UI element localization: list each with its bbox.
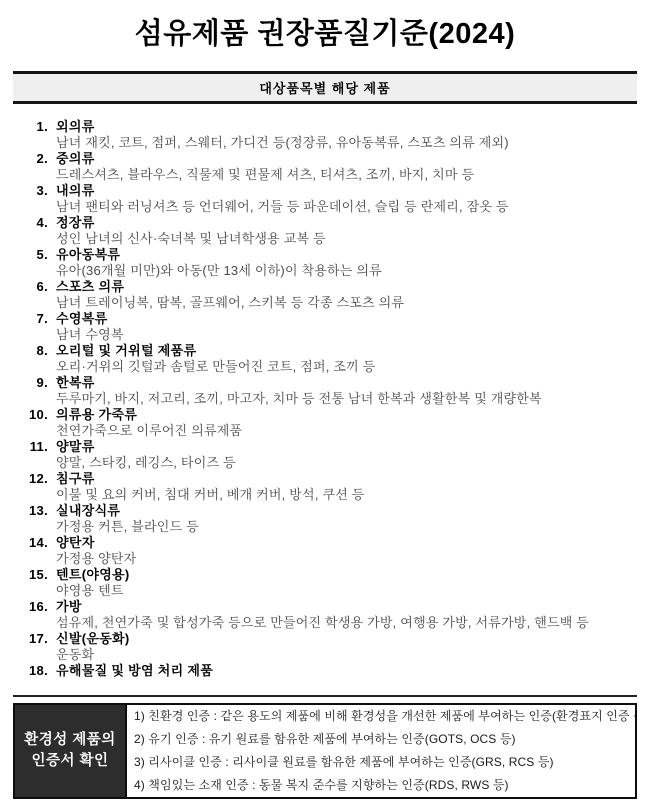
section-header-band: 대상품목별 해당 제품: [13, 71, 637, 104]
item-number: 12.: [13, 471, 48, 487]
list-item: 9. 한복류 두루마기, 바지, 저고리, 조끼, 마고자, 치마 등 전통 남…: [13, 375, 640, 407]
list-item: 13. 실내장식류 가정용 커튼, 블라인드 등: [13, 503, 640, 535]
item-number: 15.: [13, 567, 48, 583]
item-title: 의류용 가죽류: [56, 407, 137, 423]
item-head: 9. 한복류: [13, 375, 640, 391]
item-description: 섬유제, 천연가죽 및 합성가죽 등으로 만들어진 학생용 가방, 여행용 가방…: [56, 615, 640, 631]
item-number: 9.: [13, 375, 48, 391]
item-number: 7.: [13, 311, 48, 327]
item-number: 2.: [13, 151, 48, 167]
certification-box: 환경성 제품의 인증서 확인 1) 친환경 인증 : 같은 용도의 제품에 비해…: [13, 703, 637, 799]
item-description: 양말, 스타킹, 레깅스, 타이즈 등: [56, 455, 640, 471]
item-title: 오리털 및 거위털 제품류: [56, 343, 196, 359]
item-head: 2. 중의류: [13, 151, 640, 167]
item-title: 한복류: [56, 375, 95, 391]
item-title: 양탄자: [56, 535, 95, 551]
page-title: 섬유제품 권장품질기준(2024): [0, 17, 650, 51]
list-item: 8. 오리털 및 거위털 제품류 오리·거위의 깃털과 솜털로 만들어진 코트,…: [13, 343, 640, 375]
item-head: 14. 양탄자: [13, 535, 640, 551]
item-title: 중의류: [56, 151, 95, 167]
item-description: 남녀 트레이닝복, 땀복, 골프웨어, 스키복 등 각종 스포츠 의류: [56, 295, 640, 311]
item-number: 17.: [13, 631, 48, 647]
item-number: 14.: [13, 535, 48, 551]
item-description: 두루마기, 바지, 저고리, 조끼, 마고자, 치마 등 전통 남녀 한복과 생…: [56, 391, 640, 407]
list-item: 11. 양말류 양말, 스타킹, 레깅스, 타이즈 등: [13, 439, 640, 471]
item-head: 8. 오리털 및 거위털 제품류: [13, 343, 640, 359]
item-head: 6. 스포츠 의류: [13, 279, 640, 295]
item-title: 정장류: [56, 215, 95, 231]
certification-label-line1: 환경성 제품의: [24, 730, 116, 751]
item-title: 신발(운동화): [56, 631, 130, 647]
item-head: 18. 유해물질 및 방염 처리 제품: [13, 663, 640, 679]
list-item: 5. 유아동복류 유아(36개월 미만)와 아동(만 13세 이하)이 착용하는…: [13, 247, 640, 279]
item-title: 유아동복류: [56, 247, 120, 263]
certification-label-line2: 인증서 확인: [31, 751, 108, 772]
item-description: 이불 및 요의 커버, 침대 커버, 베개 커버, 방석, 쿠션 등: [56, 487, 640, 503]
item-description: 야영용 텐트: [56, 583, 640, 599]
item-title: 유해물질 및 방염 처리 제품: [56, 663, 213, 679]
certification-line: 4) 책임있는 소재 인증 : 동물 복지 준수를 지향하는 인증(RDS, R…: [134, 774, 635, 797]
item-title: 내의류: [56, 183, 95, 199]
certification-line: 1) 친환경 인증 : 같은 용도의 제품에 비해 환경성을 개선한 제품에 부…: [134, 705, 635, 728]
item-number: 13.: [13, 503, 48, 519]
item-title: 수영복류: [56, 311, 107, 327]
item-title: 실내장식류: [56, 503, 120, 519]
item-number: 11.: [13, 439, 48, 455]
list-item: 2. 중의류 드레스셔츠, 블라우스, 직물제 및 편물제 셔츠, 티셔츠, 조…: [13, 151, 640, 183]
list-item: 1. 외의류 남녀 재킷, 코트, 점퍼, 스웨터, 가디건 등(정장류, 유아…: [13, 119, 640, 151]
item-number: 8.: [13, 343, 48, 359]
certification-label: 환경성 제품의 인증서 확인: [15, 705, 127, 797]
list-item: 10. 의류용 가죽류 천연가죽으로 이루어진 의류제품: [13, 407, 640, 439]
item-number: 18.: [13, 663, 48, 679]
item-description: 운동화: [56, 647, 640, 663]
item-number: 6.: [13, 279, 48, 295]
item-head: 4. 정장류: [13, 215, 640, 231]
item-head: 16. 가방: [13, 599, 640, 615]
item-title: 가방: [56, 599, 82, 615]
certification-line: 2) 유기 인증 : 유기 원료를 함유한 제품에 부여하는 인증(GOTS, …: [134, 728, 635, 751]
item-title: 침구류: [56, 471, 95, 487]
item-number: 10.: [13, 407, 48, 423]
item-description: 오리·거위의 깃털과 솜털로 만들어진 코트, 점퍼, 조끼 등: [56, 359, 640, 375]
item-number: 3.: [13, 183, 48, 199]
product-list: 1. 외의류 남녀 재킷, 코트, 점퍼, 스웨터, 가디건 등(정장류, 유아…: [13, 119, 640, 679]
item-head: 15. 텐트(야영용): [13, 567, 640, 583]
list-item: 17. 신발(운동화) 운동화: [13, 631, 640, 663]
item-description: 유아(36개월 미만)와 아동(만 13세 이하)이 착용하는 의류: [56, 263, 640, 279]
item-number: 1.: [13, 119, 48, 135]
item-title: 스포츠 의류: [56, 279, 124, 295]
list-item: 4. 정장류 성인 남녀의 신사·숙녀복 및 남녀학생용 교복 등: [13, 215, 640, 247]
item-number: 16.: [13, 599, 48, 615]
item-description: 남녀 팬티와 러닝셔츠 등 언더웨어, 거들 등 파운데이션, 슬립 등 란제리…: [56, 199, 640, 215]
item-title: 외의류: [56, 119, 95, 135]
item-head: 1. 외의류: [13, 119, 640, 135]
item-head: 10. 의류용 가죽류: [13, 407, 640, 423]
list-item: 18. 유해물질 및 방염 처리 제품: [13, 663, 640, 679]
certification-line: 3) 리사이클 인증 : 리사이클 원료를 함유한 제품에 부여하는 인증(GR…: [134, 751, 635, 774]
item-description: 천연가죽으로 이루어진 의류제품: [56, 423, 640, 439]
list-item: 12. 침구류 이불 및 요의 커버, 침대 커버, 베개 커버, 방석, 쿠션…: [13, 471, 640, 503]
item-number: 4.: [13, 215, 48, 231]
item-description: 성인 남녀의 신사·숙녀복 및 남녀학생용 교복 등: [56, 231, 640, 247]
list-item: 7. 수영복류 남녀 수영복: [13, 311, 640, 343]
certification-lines: 1) 친환경 인증 : 같은 용도의 제품에 비해 환경성을 개선한 제품에 부…: [127, 705, 635, 797]
item-description: 남녀 수영복: [56, 327, 640, 343]
item-head: 17. 신발(운동화): [13, 631, 640, 647]
item-description: 드레스셔츠, 블라우스, 직물제 및 편물제 셔츠, 티셔츠, 조끼, 바지, …: [56, 167, 640, 183]
item-number: 5.: [13, 247, 48, 263]
item-head: 3. 내의류: [13, 183, 640, 199]
item-title: 양말류: [56, 439, 95, 455]
list-item: 14. 양탄자 가정용 양탄자: [13, 535, 640, 567]
item-head: 13. 실내장식류: [13, 503, 640, 519]
item-head: 11. 양말류: [13, 439, 640, 455]
item-description: 가정용 커튼, 블라인드 등: [56, 519, 640, 535]
list-item: 16. 가방 섬유제, 천연가죽 및 합성가죽 등으로 만들어진 학생용 가방,…: [13, 599, 640, 631]
list-item: 6. 스포츠 의류 남녀 트레이닝복, 땀복, 골프웨어, 스키복 등 각종 스…: [13, 279, 640, 311]
item-title: 텐트(야영용): [56, 567, 130, 583]
item-head: 5. 유아동복류: [13, 247, 640, 263]
list-item: 3. 내의류 남녀 팬티와 러닝셔츠 등 언더웨어, 거들 등 파운데이션, 슬…: [13, 183, 640, 215]
list-item: 15. 텐트(야영용) 야영용 텐트: [13, 567, 640, 599]
divider-rule: [13, 695, 637, 697]
item-description: 가정용 양탄자: [56, 551, 640, 567]
item-head: 12. 침구류: [13, 471, 640, 487]
item-description: 남녀 재킷, 코트, 점퍼, 스웨터, 가디건 등(정장류, 유아동복류, 스포…: [56, 135, 640, 151]
item-head: 7. 수영복류: [13, 311, 640, 327]
